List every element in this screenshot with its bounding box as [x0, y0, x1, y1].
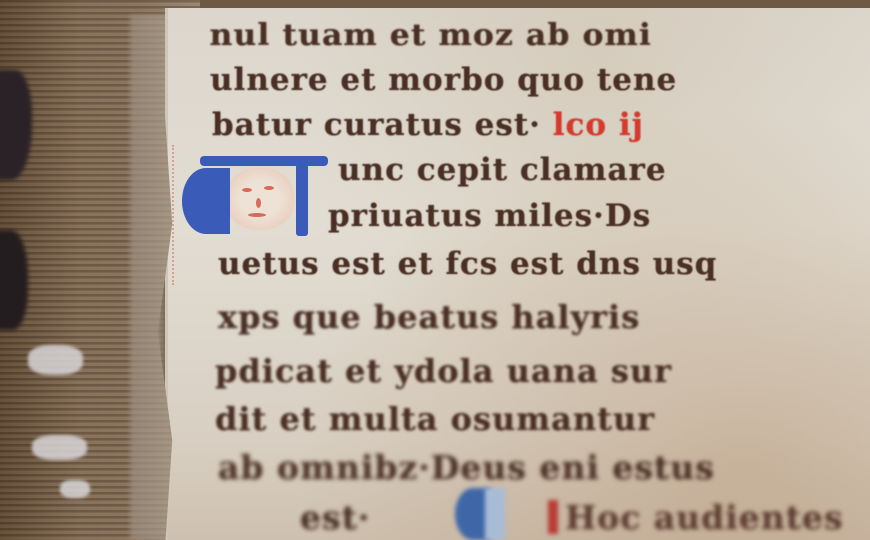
initial-letter-bowl [182, 168, 230, 234]
red-rubric-mark [548, 500, 558, 534]
manuscript-line-6: uetus est et fcs est dns usq [218, 246, 717, 282]
manuscript-line-11: est· [300, 498, 370, 537]
paint-flake [28, 345, 83, 375]
mouth [248, 213, 266, 217]
paint-flake [32, 435, 87, 460]
manuscript-line-7: xps que beatus halyris [218, 298, 640, 336]
manuscript-line-9: dit et multa osumantur [215, 400, 655, 438]
nose [256, 198, 261, 208]
manuscript-line-1: nul tuam et moz ab omi [209, 18, 651, 53]
dark-stain [0, 230, 28, 330]
manuscript-line-5: priuatus miles·Ds [328, 198, 651, 234]
manuscript-line-8: pdicat et ydola uana sur [215, 352, 672, 390]
eye [264, 186, 274, 190]
eye [242, 188, 252, 192]
initial-letter-stem [296, 164, 308, 236]
initial-letter-bar [200, 156, 328, 166]
manuscript-line-3: batur curatus est· lco ij [212, 107, 644, 143]
manuscript-line-4: unc cepit clamare [338, 152, 667, 188]
manuscript-line-2: ulnere et morbo quo tene [210, 62, 677, 98]
rubric-lectio: lco ij [553, 107, 644, 143]
initial-face [226, 168, 294, 230]
paint-flake [60, 480, 90, 498]
bottom-initial-highlight [485, 488, 505, 540]
manuscript-line-10: ab omnibz·Deus eni estus [218, 448, 715, 487]
manuscript-line-11-continued: Hoc audientes [565, 498, 844, 537]
